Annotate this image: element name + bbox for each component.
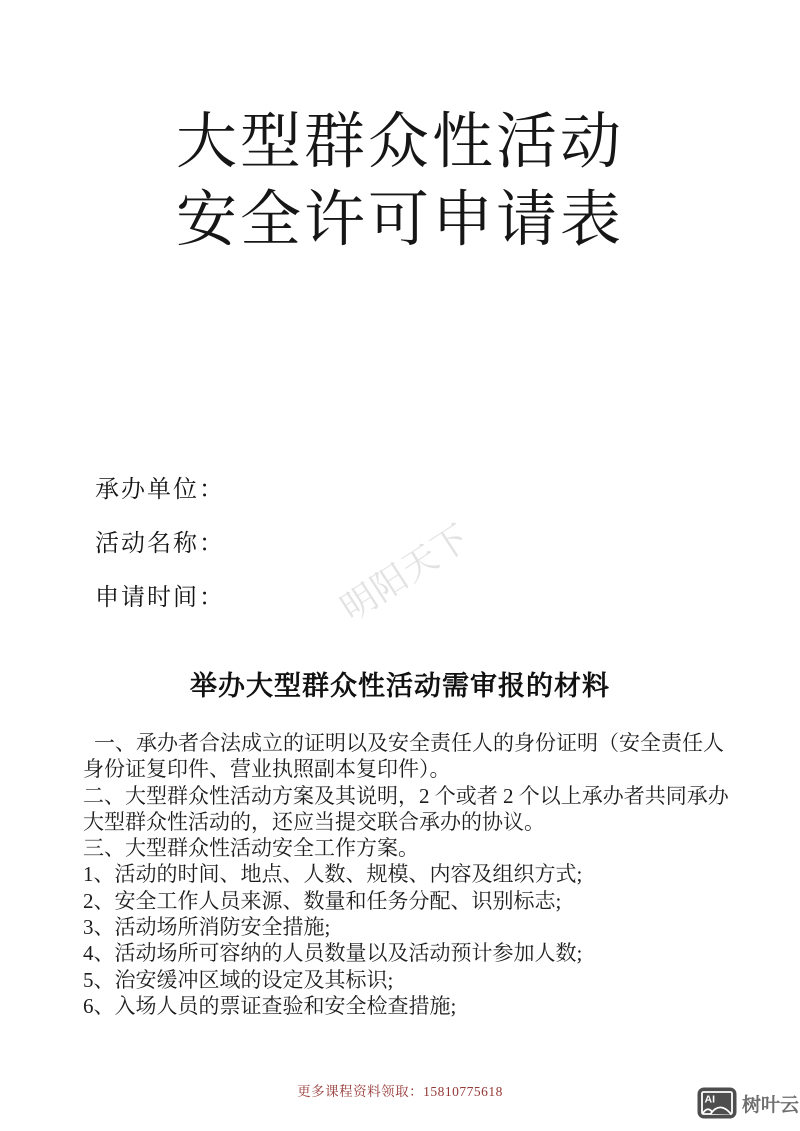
footer-contact-note: 更多课程资料领取：15810775618 [0, 1080, 800, 1100]
plan-item-2: 2、安全工作人员来源、数量和任务分配、识别标志; [83, 888, 753, 914]
section-heading: 举办大型群众性活动需审报的材料 [0, 664, 800, 703]
plan-item-5: 5、治安缓冲区域的设定及其标识; [83, 967, 753, 993]
brand-name: 树叶云 [742, 1090, 799, 1117]
material-line-1b: 身份证复印件、营业执照副本复印件）。 [83, 756, 753, 782]
field-apply-date-label: 申请时间： [95, 586, 225, 610]
plan-item-6: 6、入场人员的票证查验和安全检查措施; [83, 993, 753, 1019]
brand-logo: AI 树叶云 [697, 1087, 799, 1119]
svg-text:AI: AI [705, 1094, 716, 1106]
plan-item-1: 1、活动的时间、地点、人数、规模、内容及组织方式; [83, 861, 753, 887]
ai-photo-icon: AI [697, 1087, 737, 1119]
plan-item-4: 4、活动场所可容纳的人员数量以及活动预计参加人数; [83, 940, 753, 966]
material-line-3: 三、大型群众性活动安全工作方案。 [83, 835, 753, 861]
document-title: 大型群众性活动 安全许可申请表 [0, 104, 800, 260]
material-line-2b: 大型群众性活动的，还应当提交联合承办的协议。 [83, 809, 753, 835]
watermark-text: 明阳天下 [330, 511, 478, 631]
materials-list: 一、承办者合法成立的证明以及安全责任人的身份证明（安全责任人 身份证复印件、营业… [83, 730, 753, 1019]
plan-item-3: 3、活动场所消防安全措施; [83, 914, 753, 940]
field-activity-name-label: 活动名称： [95, 532, 225, 556]
title-line-2: 安全许可申请表 [0, 182, 800, 260]
field-organizer-label: 承办单位： [95, 478, 225, 502]
title-line-1: 大型群众性活动 [0, 104, 800, 182]
form-fields: 承办单位： 活动名称： 申请时间： [95, 478, 225, 640]
material-line-1a: 一、承办者合法成立的证明以及安全责任人的身份证明（安全责任人 [83, 730, 753, 756]
material-line-2a: 二、大型群众性活动方案及其说明，2 个或者 2 个以上承办者共同承办 [83, 783, 753, 809]
document-page: 大型群众性活动 安全许可申请表 明阳天下 承办单位： 活动名称： 申请时间： 举… [0, 0, 800, 1131]
